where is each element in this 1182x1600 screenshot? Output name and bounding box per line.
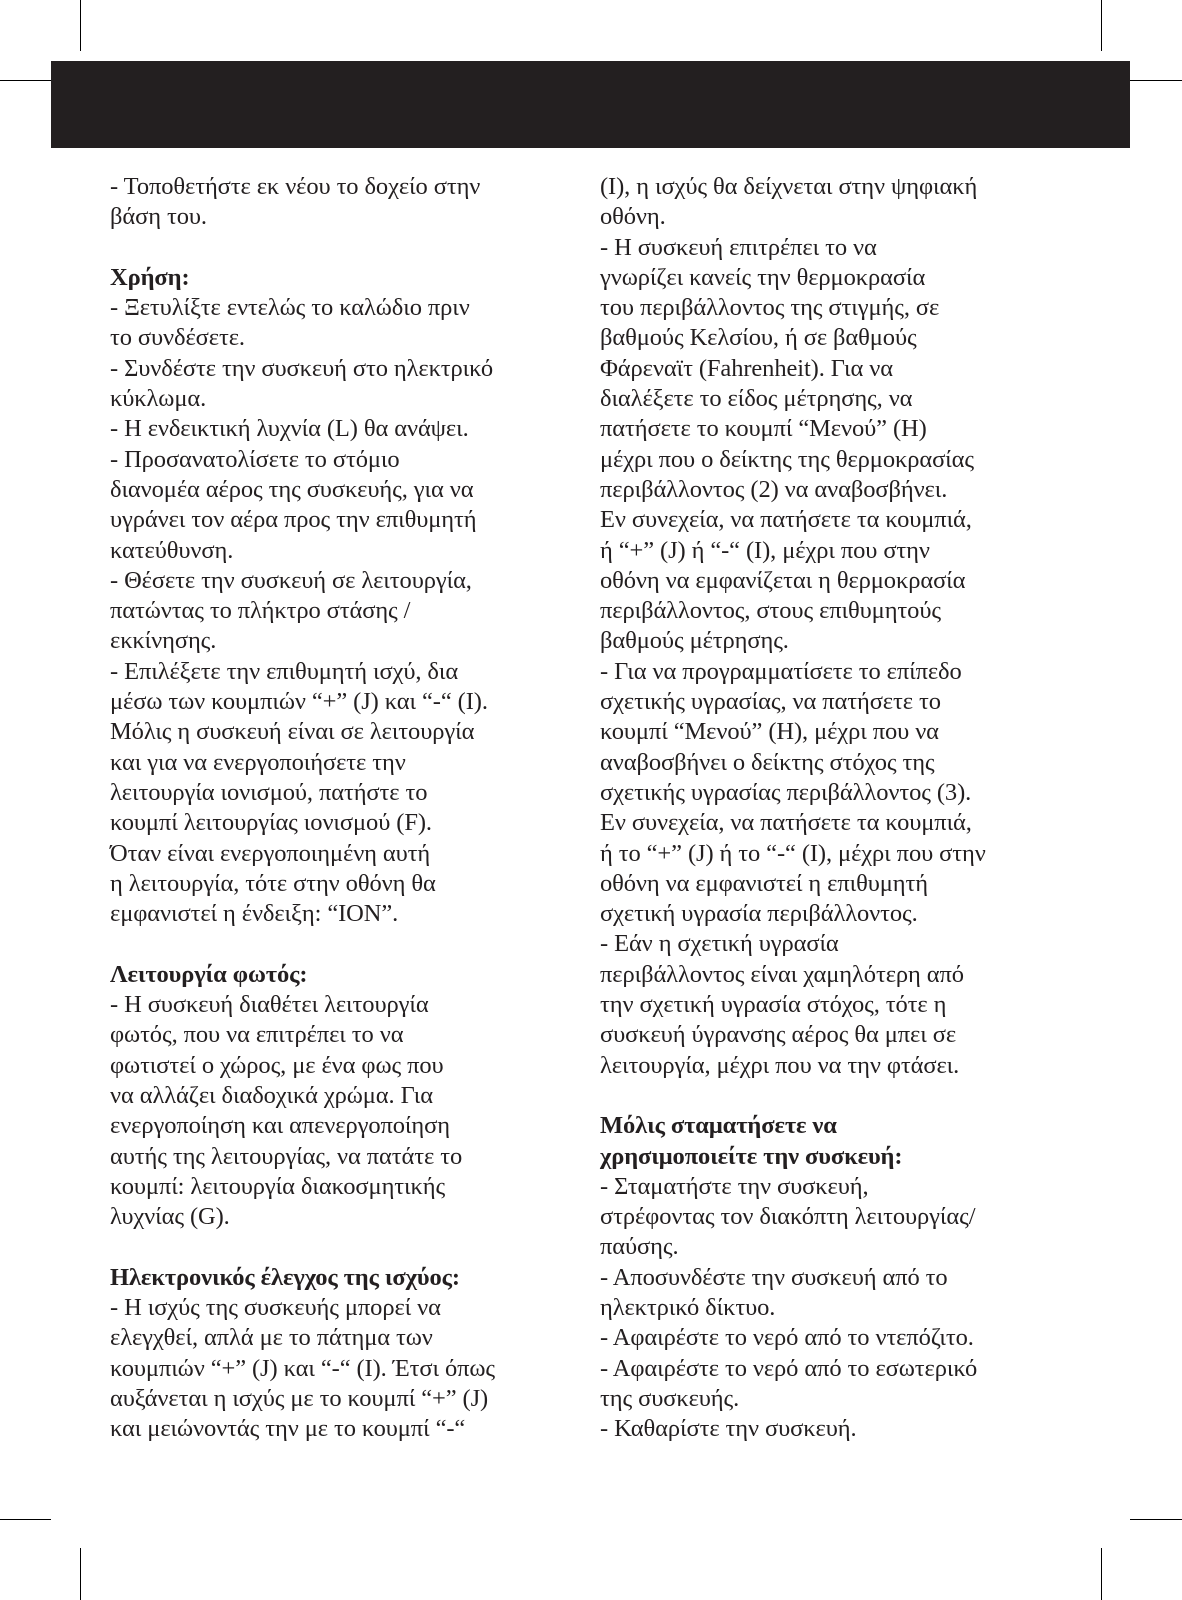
text-line: μέσω των κουμπιών “+” (J) και “-“ (I).: [110, 687, 580, 717]
text-line: διανομέα αέρος της συσκευής, για να: [110, 475, 580, 505]
text-line: φωτιστεί ο χώρος, με ένα φως που: [110, 1051, 580, 1081]
text-line: αναβοσβήνει ο δείκτης στόχος της: [600, 748, 1080, 778]
text-line: Εν συνεχεία, να πατήσετε τα κουμπιά,: [600, 808, 1080, 838]
text-line: κουμπί “Μενού” (H), μέχρι που να: [600, 717, 1080, 747]
text-line: φωτός, που να επιτρέπει το να: [110, 1020, 580, 1050]
text-line: υγράνει τον αέρα προς την επιθυμητή: [110, 505, 580, 535]
text-line: περιβάλλοντος, στους επιθυμητούς: [600, 596, 1080, 626]
text-line: λειτουργία ιονισμού, πατήστε το: [110, 778, 580, 808]
section-heading: χρησιμοποιείτε την συσκευή:: [600, 1142, 1080, 1172]
text-line: περιβάλλοντος (2) να αναβοσβήνει.: [600, 475, 1080, 505]
text-line: - Σταματήστε την συσκευή,: [600, 1172, 1080, 1202]
left-column: - Τοποθετήστε εκ νέου το δοχείο στηνβάση…: [110, 172, 580, 1444]
text-line: η λειτουργία, τότε στην οθόνη θα: [110, 869, 580, 899]
text-line: - Προσανατολίσετε το στόμιο: [110, 445, 580, 475]
text-line: ελεγχθεί, απλά με το πάτημα των: [110, 1323, 580, 1353]
text-line: - Για να προγραμματίσετε το επίπεδο: [600, 657, 1080, 687]
text-line: πατήσετε το κουμπί “Μενού” (H): [600, 414, 1080, 444]
text-line: αυτής της λειτουργίας, να πατάτε το: [110, 1142, 580, 1172]
right-column: (I), η ισχύς θα δείχνεται στην ψηφιακήοθ…: [600, 172, 1080, 1444]
crop-mark-bottom-left-horizontal: [0, 1519, 51, 1520]
text-line: κύκλωμα.: [110, 384, 580, 414]
text-line: Εν συνεχεία, να πατήσετε τα κουμπιά,: [600, 505, 1080, 535]
text-line: - Η ισχύς της συσκευής μπορεί να: [110, 1293, 580, 1323]
text-line: και για να ενεργοποιήσετε την: [110, 748, 580, 778]
text-line: ενεργοποίηση και απενεργοποίηση: [110, 1111, 580, 1141]
text-line: (I), η ισχύς θα δείχνεται στην ψηφιακή: [600, 172, 1080, 202]
text-line: κατεύθυνση.: [110, 536, 580, 566]
text-line: στρέφοντας τον διακόπτη λειτουργίας/: [600, 1202, 1080, 1232]
text-line: κουμπί: λειτουργία διακοσμητικής: [110, 1172, 580, 1202]
text-line: το συνδέσετε.: [110, 323, 580, 353]
text-line: ηλεκτρικό δίκτυο.: [600, 1293, 1080, 1323]
text-line: αυξάνεται η ισχύς με το κουμπί “+” (J): [110, 1384, 580, 1414]
text-line: - Αφαιρέστε το νερό από το ντεπόζιτο.: [600, 1323, 1080, 1353]
paragraph-gap: [600, 1081, 1080, 1111]
text-line: - Τοποθετήστε εκ νέου το δοχείο στην: [110, 172, 580, 202]
crop-mark-top-left-horizontal: [0, 80, 51, 81]
section-heading: Ηλεκτρονικός έλεγχος της ισχύος:: [110, 1263, 580, 1293]
paragraph-gap: [110, 1232, 580, 1262]
text-line: συσκευή ύγρανσης αέρος θα μπει σε: [600, 1020, 1080, 1050]
text-line: σχετικής υγρασίας περιβάλλοντος (3).: [600, 778, 1080, 808]
text-line: οθόνη να εμφανίζεται η θερμοκρασία: [600, 566, 1080, 596]
crop-mark-bottom-left-vertical: [80, 1548, 81, 1600]
text-line: - Θέσετε την συσκευή σε λειτουργία,: [110, 566, 580, 596]
text-line: ή το “+” (J) ή το “-“ (I), μέχρι που στη…: [600, 839, 1080, 869]
text-line: κουμπιών “+” (J) και “-“ (I). Έτσι όπως: [110, 1354, 580, 1384]
text-line: - Αποσυνδέστε την συσκευή από το: [600, 1263, 1080, 1293]
text-line: λυχνίας (G).: [110, 1202, 580, 1232]
section-heading: Λειτουργία φωτός:: [110, 960, 580, 990]
text-line: Μόλις η συσκευή είναι σε λειτουργία: [110, 717, 580, 747]
text-line: εκκίνησης.: [110, 626, 580, 656]
text-line: να αλλάζει διαδοχικά χρώμα. Για: [110, 1081, 580, 1111]
text-line: - Εάν η σχετική υγρασία: [600, 929, 1080, 959]
crop-mark-bottom-right-horizontal: [1130, 1519, 1182, 1520]
header-bar: [51, 61, 1130, 148]
text-line: βαθμούς μέτρησης.: [600, 626, 1080, 656]
section-heading: Μόλις σταματήσετε να: [600, 1111, 1080, 1141]
text-line: σχετική υγρασία περιβάλλοντος.: [600, 899, 1080, 929]
text-line: - Επιλέξετε την επιθυμητή ισχύ, δια: [110, 657, 580, 687]
text-line: βάση του.: [110, 202, 580, 232]
text-line: βαθμούς Κελσίου, ή σε βαθμούς: [600, 323, 1080, 353]
text-line: πατώντας το πλήκτρο στάσης /: [110, 596, 580, 626]
text-line: οθόνη να εμφανιστεί η επιθυμητή: [600, 869, 1080, 899]
text-line: την σχετική υγρασία στόχος, τότε η: [600, 990, 1080, 1020]
text-line: της συσκευής.: [600, 1384, 1080, 1414]
section-heading: Χρήση:: [110, 263, 580, 293]
text-line: - Η συσκευή διαθέτει λειτουργία: [110, 990, 580, 1020]
text-line: - Η ενδεικτική λυχνία (L) θα ανάψει.: [110, 414, 580, 444]
text-line: - Αφαιρέστε το νερό από το εσωτερικό: [600, 1354, 1080, 1384]
crop-mark-top-right-vertical: [1101, 0, 1102, 51]
text-line: κουμπί λειτουργίας ιονισμού (F).: [110, 808, 580, 838]
text-line: σχετικής υγρασίας, να πατήσετε το: [600, 687, 1080, 717]
crop-mark-bottom-right-vertical: [1101, 1548, 1102, 1600]
text-line: Όταν είναι ενεργοποιημένη αυτή: [110, 839, 580, 869]
crop-mark-top-right-horizontal: [1130, 80, 1182, 81]
text-line: - Καθαρίστε την συσκευή.: [600, 1414, 1080, 1444]
text-line: παύσης.: [600, 1232, 1080, 1262]
text-line: - Η συσκευή επιτρέπει το να: [600, 233, 1080, 263]
paragraph-gap: [110, 233, 580, 263]
text-line: - Ξετυλίξτε εντελώς το καλώδιο πριν: [110, 293, 580, 323]
text-line: περιβάλλοντος είναι χαμηλότερη από: [600, 960, 1080, 990]
text-line: γνωρίζει κανείς την θερμοκρασία: [600, 263, 1080, 293]
crop-mark-top-left-vertical: [80, 0, 81, 51]
paragraph-gap: [110, 929, 580, 959]
text-line: εμφανιστεί η ένδειξη: “ION”.: [110, 899, 580, 929]
text-line: λειτουργία, μέχρι που να την φτάσει.: [600, 1051, 1080, 1081]
text-line: Φάρεναϊτ (Fahrenheit). Για να: [600, 354, 1080, 384]
text-line: οθόνη.: [600, 202, 1080, 232]
text-line: μέχρι που ο δείκτης της θερμοκρασίας: [600, 445, 1080, 475]
text-line: διαλέξετε το είδος μέτρησης, να: [600, 384, 1080, 414]
text-line: και μειώνοντάς την με το κουμπί “-“: [110, 1414, 580, 1444]
text-line: - Συνδέστε την συσκευή στο ηλεκτρικό: [110, 354, 580, 384]
text-line: του περιβάλλοντος της στιγμής, σε: [600, 293, 1080, 323]
text-line: ή “+” (J) ή “-“ (I), μέχρι που στην: [600, 536, 1080, 566]
